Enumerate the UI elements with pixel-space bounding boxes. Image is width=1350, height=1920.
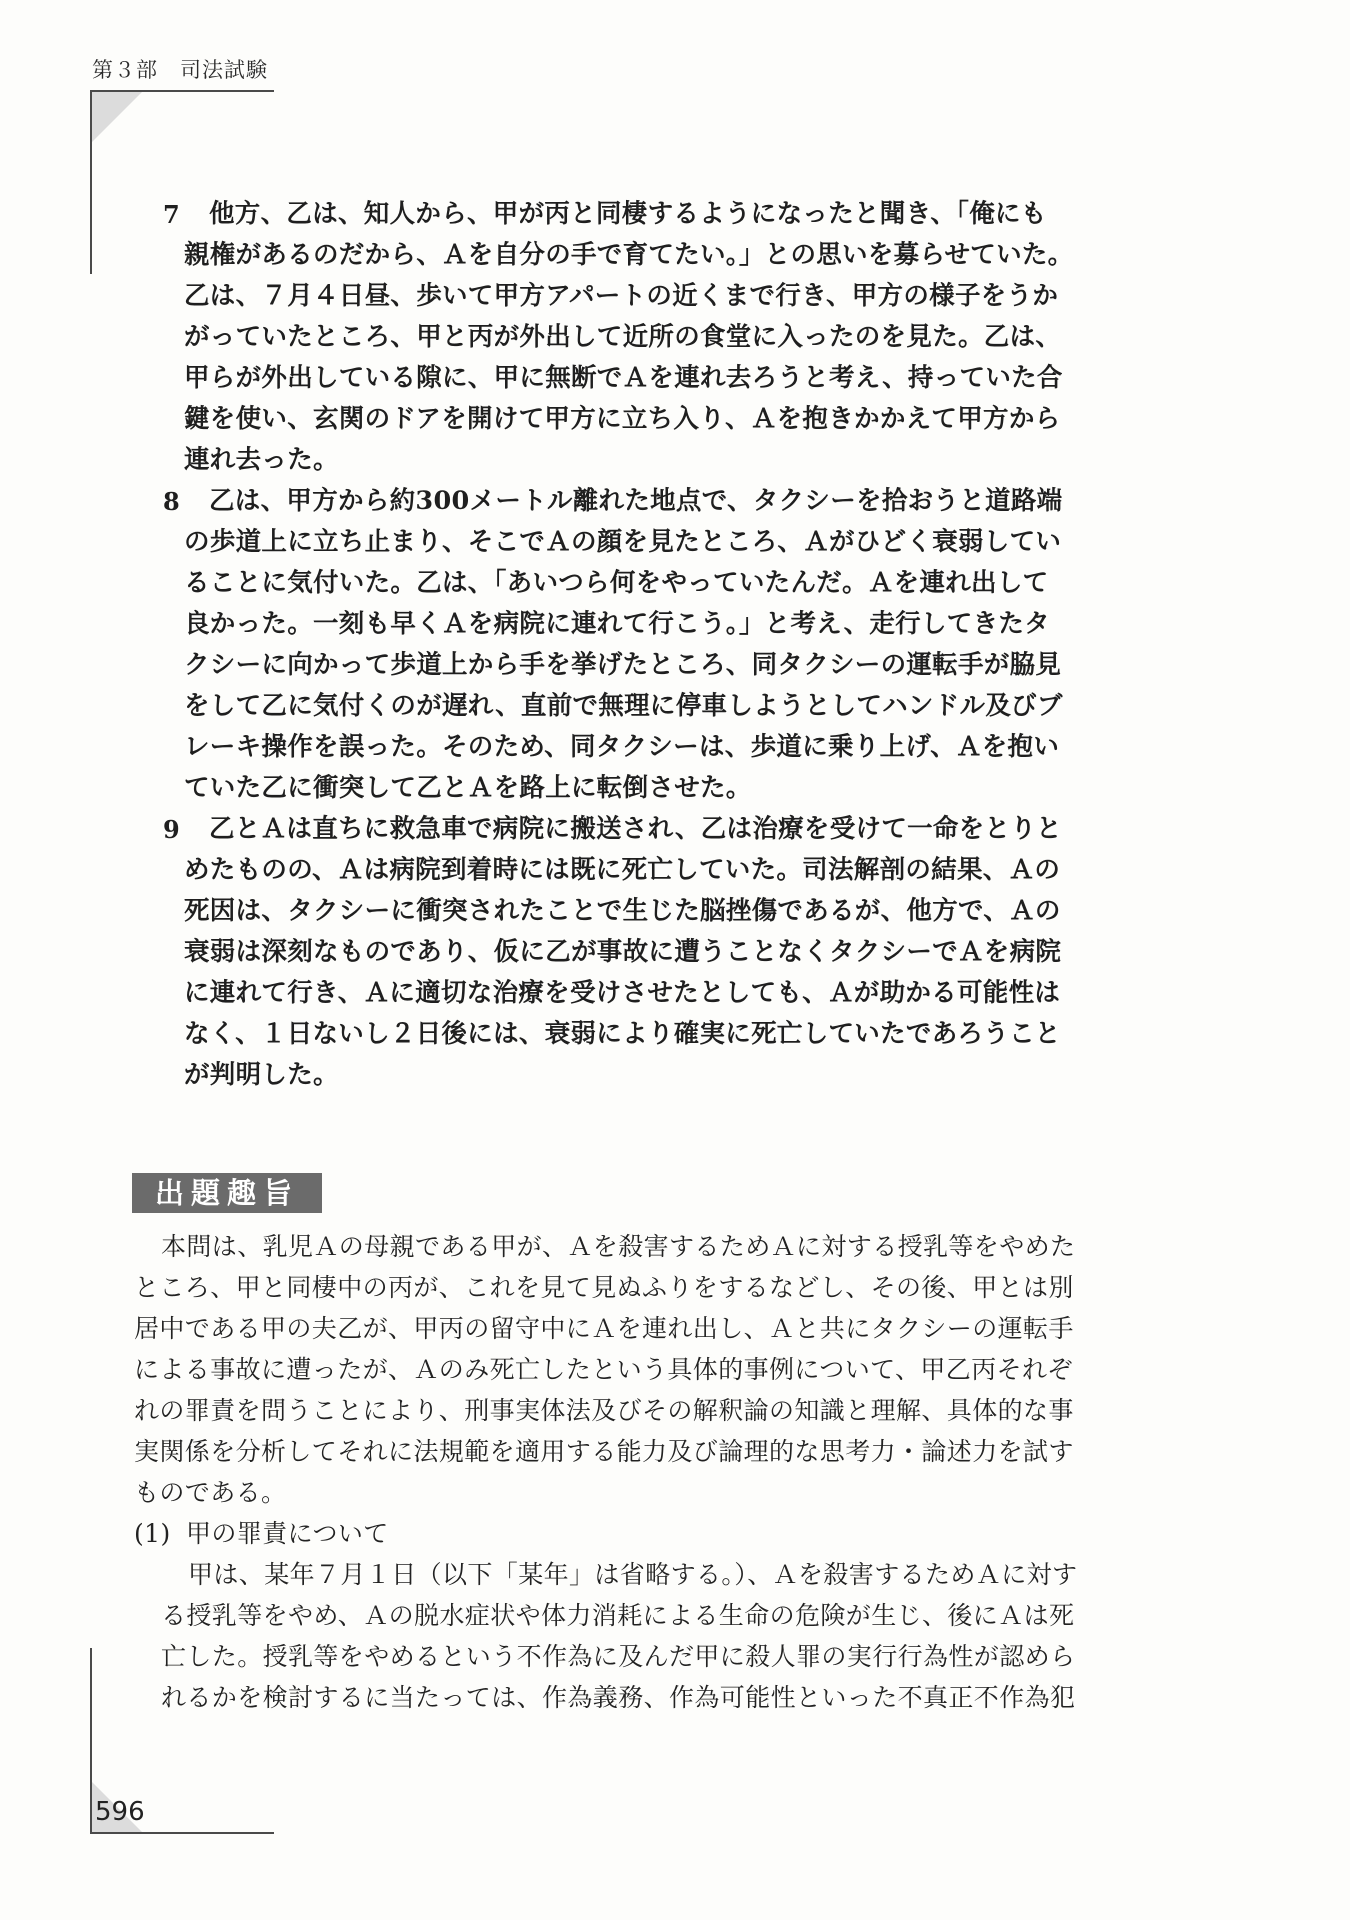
bottom-rule-divider <box>91 1832 274 1834</box>
text-line: 居中である甲の夫乙が、甲丙の留守中にＡを連れ出し、Ａと共にタクシーの運転手 <box>134 1308 1174 1349</box>
text-line: ていた乙に衝突して乙とＡを路上に転倒させた。 <box>184 768 1063 809</box>
fact-number: 9 <box>163 809 187 850</box>
text-line: ものである。 <box>134 1472 1174 1513</box>
text-line: る授乳等をやめ、Ａの脱水症状や体力消耗による生命の危険が生じ、後にＡは死 <box>134 1595 1174 1636</box>
text-line: ところ、甲と同棲中の丙が、これを見て見ぬふりをするなどし、その後、甲とは別 <box>134 1267 1174 1308</box>
page-number: 596 <box>95 1797 145 1827</box>
subsection-title: 甲の罪責について <box>186 1513 389 1554</box>
text-line: 亡した。授乳等をやめるという不作為に及んだ甲に殺人罪の実行行為性が認めら <box>134 1636 1174 1677</box>
running-head: 第３部 司法試験 <box>92 54 268 84</box>
text-line: クシーに向かって歩道上から手を挙げたところ、同タクシーの運転手が脇見 <box>184 645 1063 686</box>
subsection-number: (1) <box>134 1513 186 1554</box>
fact-item-7: 7 他方、乙は、知人から、甲が丙と同棲するようになったと聞き、「俺にも 親権があ… <box>163 194 1163 481</box>
text-line: 連れ去った。 <box>184 440 1074 481</box>
fact-text: 乙とＡは直ちに救急車で病院に搬送され、乙は治療を受けて一命をとりと めたものの、… <box>209 809 1062 1096</box>
purpose-body: 本問は、乳児Ａの母親である甲が、Ａを殺害するためＡに対する授乳等をやめた ところ… <box>134 1226 1174 1718</box>
text-line: が判明した。 <box>184 1055 1062 1096</box>
text-line: 良かった。一刻も早くＡを病院に連れて行こう。」と考え、走行してきたタ <box>184 604 1063 645</box>
text-line: レーキ操作を誤った。そのため、同タクシーは、歩道に乗り上げ、Ａを抱い <box>184 727 1063 768</box>
fact-text: 他方、乙は、知人から、甲が丙と同棲するようになったと聞き、「俺にも 親権があるの… <box>209 194 1074 481</box>
fact-text: 乙は、甲方から約300メートル離れた地点で、タクシーを拾おうと道路端 の歩道上に… <box>209 481 1063 809</box>
text-line: 甲らが外出している隙に、甲に無断でＡを連れ去ろうと考え、持っていた合 <box>184 358 1074 399</box>
fact-number: 7 <box>163 194 187 235</box>
text-line: 乙とＡは直ちに救急車で病院に搬送され、乙は治療を受けて一命をとりと <box>209 809 1062 850</box>
text-line: めたものの、Ａは病院到着時には既に死亡していた。司法解剖の結果、Ａの <box>184 850 1062 891</box>
text-line: に連れて行き、Ａに適切な治療を受けさせたとしても、Ａが助かる可能性は <box>184 973 1062 1014</box>
fact-item-8: 8 乙は、甲方から約300メートル離れた地点で、タクシーを拾おうと道路端 の歩道… <box>163 481 1163 809</box>
text-line: 死因は、タクシーに衝突されたことで生じた脳挫傷であるが、他方で、Ａの <box>184 891 1062 932</box>
section-heading-purpose: 出題趣旨 <box>132 1173 322 1213</box>
text-line: による事故に遭ったが、Ａのみ死亡したという具体的事例について、甲乙丙それぞ <box>134 1349 1174 1390</box>
subsection-heading: (1) 甲の罪責について <box>134 1513 1174 1554</box>
text-line: の歩道上に立ち止まり、そこでＡの顔を見たところ、Ａがひどく衰弱してい <box>184 522 1063 563</box>
case-facts-list: 7 他方、乙は、知人から、甲が丙と同棲するようになったと聞き、「俺にも 親権があ… <box>163 194 1163 1096</box>
text-line: 親権があるのだから、Ａを自分の手で育てたい。」との思いを募らせていた。 <box>184 235 1074 276</box>
text-line: 本問は、乳児Ａの母親である甲が、Ａを殺害するためＡに対する授乳等をやめた <box>134 1226 1174 1267</box>
text-line: 他方、乙は、知人から、甲が丙と同棲するようになったと聞き、「俺にも <box>209 194 1074 235</box>
top-corner-ornament <box>92 92 142 142</box>
text-line: れるかを検討するに当たっては、作為義務、作為可能性といった不真正不作為犯 <box>134 1677 1174 1718</box>
text-line: 乙は、甲方から約300メートル離れた地点で、タクシーを拾おうと道路端 <box>209 481 1063 522</box>
text-line: 鍵を使い、玄関のドアを開けて甲方に立ち入り、Ａを抱きかかえて甲方から <box>184 399 1074 440</box>
text-line: をして乙に気付くのが遅れ、直前で無理に停車しようとしてハンドル及びブ <box>184 686 1063 727</box>
text-line: 衰弱は深刻なものであり、仮に乙が事故に遭うことなくタクシーでＡを病院 <box>184 932 1062 973</box>
text-line: 乙は、７月４日昼、歩いて甲方アパートの近くまで行き、甲方の様子をうか <box>184 276 1074 317</box>
fact-number: 8 <box>163 481 187 522</box>
text-line: なく、１日ないし２日後には、衰弱により確実に死亡していたであろうこと <box>184 1014 1062 1055</box>
fact-item-9: 9 乙とＡは直ちに救急車で病院に搬送され、乙は治療を受けて一命をとりと めたもの… <box>163 809 1163 1096</box>
text-line: れの罪責を問うことにより、刑事実体法及びその解釈論の知識と理解、具体的な事 <box>134 1390 1174 1431</box>
text-line: がっていたところ、甲と丙が外出して近所の食堂に入ったのを見た。乙は、 <box>184 317 1074 358</box>
text-line: ることに気付いた。乙は、「あいつら何をやっていたんだ。Ａを連れ出して <box>184 563 1063 604</box>
text-line: 甲は、某年７月１日（以下「某年」は省略する。）、Ａを殺害するためＡに対す <box>134 1554 1174 1595</box>
text-line: 実関係を分析してそれに法規範を適用する能力及び論理的な思考力・論述力を試す <box>134 1431 1174 1472</box>
